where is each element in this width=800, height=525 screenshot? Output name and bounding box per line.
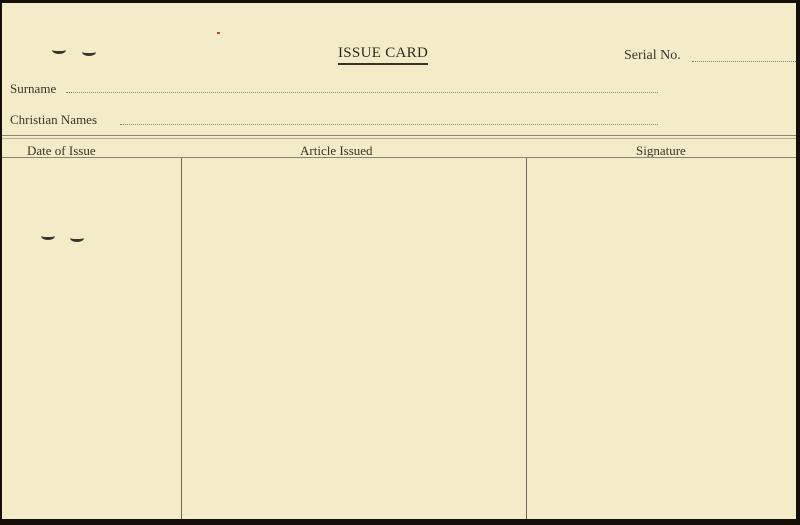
stain-mark [217,32,220,34]
surname-field[interactable] [66,92,658,93]
christian-names-label: Christian Names [10,112,97,128]
staple-mark-icon [82,48,96,56]
divider [2,157,796,158]
staple-mark-icon [41,232,55,240]
staple-mark-icon [70,234,84,242]
column-divider [526,158,527,519]
divider [2,138,796,139]
issue-card: ISSUE CARD Serial No. Surname Christian … [2,3,796,519]
christian-names-field[interactable] [120,124,658,125]
card-title: ISSUE CARD [338,45,428,65]
serial-label: Serial No. [624,48,681,64]
column-divider [181,158,182,519]
surname-label: Surname [10,81,56,97]
divider [2,135,796,136]
serial-field[interactable] [692,61,796,62]
staple-mark-icon [52,46,66,54]
